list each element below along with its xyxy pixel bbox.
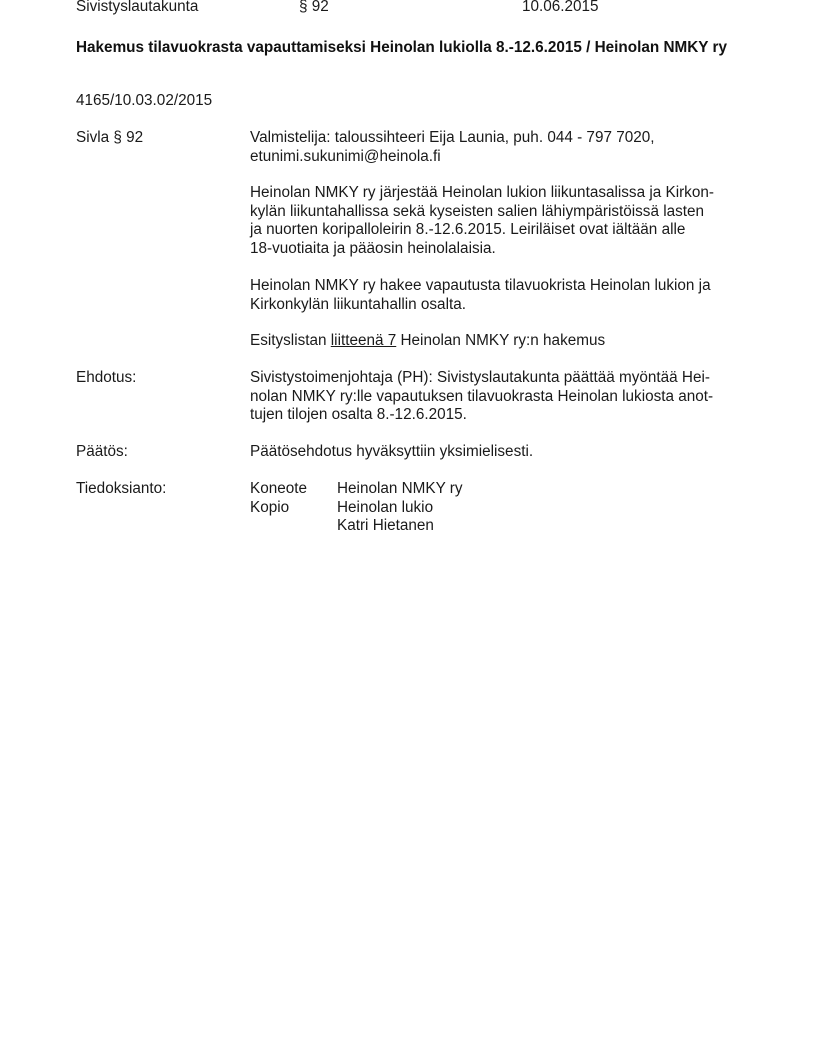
- notification-type: [250, 517, 337, 536]
- application-request: Heinolan NMKY ry hakee vapautusta tilavu…: [250, 277, 750, 314]
- attachment-link[interactable]: liitteenä 7: [331, 332, 396, 349]
- paragraph-line: ja nuorten koripalloleirin 8.-12.6.2015.…: [250, 221, 750, 240]
- paragraph-line: nolan NMKY ry:lle vapautuksen tilavuokra…: [250, 388, 750, 407]
- decision-text: Päätösehdotus hyväksyttiin yksimielisest…: [250, 443, 750, 462]
- notification-recipient: Heinolan NMKY ry: [337, 480, 463, 499]
- paragraph-line: 18-vuotiaita ja pääosin heinolalaisia.: [250, 240, 750, 259]
- attachment-prefix: Esityslistan: [250, 332, 331, 349]
- notification-type: Koneote: [250, 480, 337, 499]
- attachment-reference: Esityslistan liitteenä 7 Heinolan NMKY r…: [250, 332, 750, 351]
- board-name: Sivistyslautakunta: [76, 0, 198, 17]
- paragraph-line: Heinolan NMKY ry hakee vapautusta tilavu…: [250, 277, 750, 296]
- preparer-line: Valmistelija: taloussihteeri Eija Launia…: [250, 129, 750, 148]
- paragraph-line: tujen tilojen osalta 8.-12.6.2015.: [250, 406, 750, 425]
- paragraph-line: kylän liikuntahallissa sekä kyseisten sa…: [250, 203, 750, 222]
- decision-label: Päätös:: [76, 443, 128, 462]
- section-number: § 92: [299, 0, 329, 17]
- paragraph-line: Kirkonkylän liikuntahallin osalta.: [250, 296, 750, 315]
- sivla-label: Sivla § 92: [76, 129, 143, 148]
- meeting-date: 10.06.2015: [522, 0, 599, 17]
- paragraph-line: Sivistystoimenjohtaja (PH): Sivistyslaut…: [250, 369, 750, 388]
- notification-label: Tiedoksianto:: [76, 480, 166, 499]
- preparer-email: etunimi.sukunimi@heinola.fi: [250, 148, 750, 167]
- page-title: Hakemus tilavuokrasta vapauttamiseksi He…: [76, 38, 756, 57]
- notification-recipient: Katri Hietanen: [337, 517, 463, 536]
- application-description: Heinolan NMKY ry järjestää Heinolan luki…: [250, 184, 750, 258]
- proposal-label: Ehdotus:: [76, 369, 136, 388]
- sivla-body: Valmistelija: taloussihteeri Eija Launia…: [250, 129, 750, 166]
- notification-recipient: Heinolan lukio: [337, 499, 463, 518]
- proposal-text: Sivistystoimenjohtaja (PH): Sivistyslaut…: [250, 369, 750, 425]
- record-number: 4165/10.03.02/2015: [76, 92, 212, 111]
- paragraph-line: Heinolan NMKY ry järjestää Heinolan luki…: [250, 184, 750, 203]
- notification-type: Kopio: [250, 499, 337, 518]
- notification-list: Koneote Heinolan NMKY ry Kopio Heinolan …: [250, 480, 463, 536]
- attachment-suffix: Heinolan NMKY ry:n hakemus: [396, 332, 605, 349]
